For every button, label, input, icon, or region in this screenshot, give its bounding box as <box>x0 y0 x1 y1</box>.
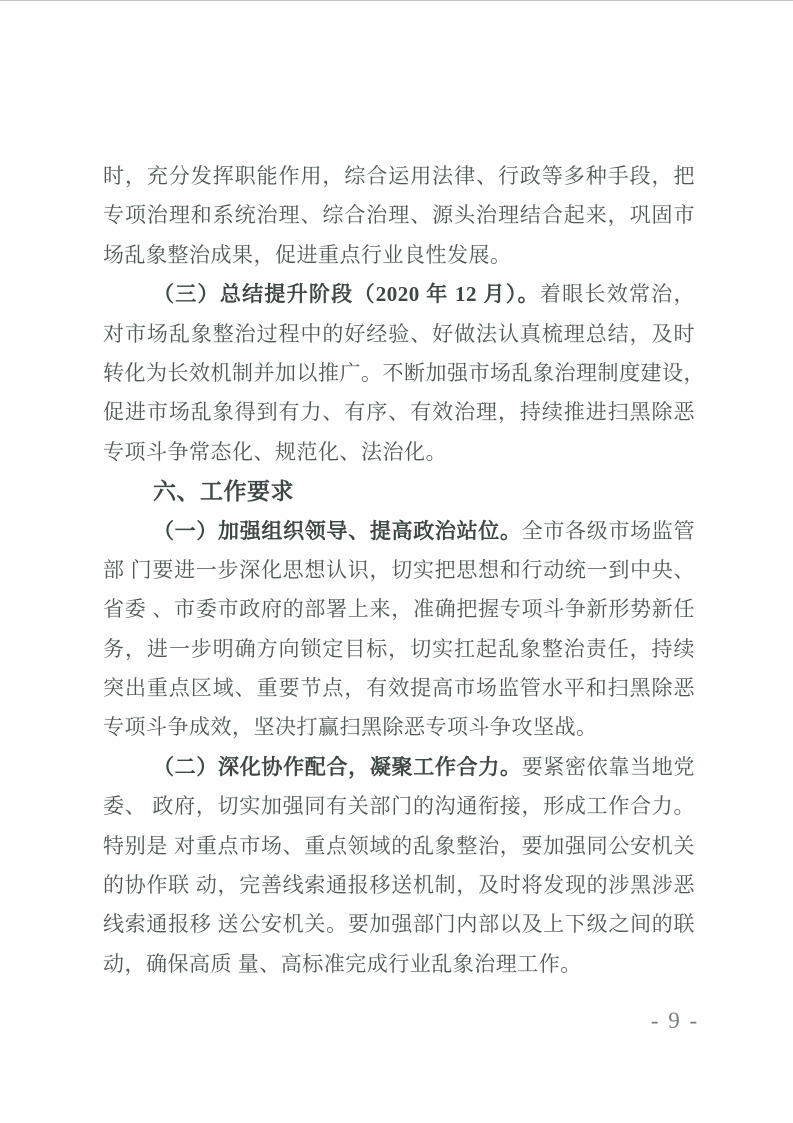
text-line: 专项治理和系统治理、综合治理、源头治理结合起来，巩固市 <box>103 196 695 235</box>
text-run: 专项斗争常态化、规范化、法治化。 <box>103 440 447 464</box>
page-number: - 9 - <box>640 1006 710 1036</box>
text-line: 务，进一步明确方向锁定目标，切实扛起乱象整治责任，持续 <box>103 630 695 669</box>
text-line: 专项斗争成效，坚决打赢扫黑除恶专项斗争攻坚战。 <box>103 708 695 747</box>
text-line: 场乱象整治成果，促进重点行业良性发展。 <box>103 236 695 275</box>
text-run: 省委 、市委市政府的部署上来，准确把握专项斗争新形势新任 <box>103 597 695 621</box>
text-line: 线索通报移 送公安机关。要加强部门内部以及上下级之间的联 <box>103 905 695 944</box>
paragraph: 时，充分发挥职能作用，综合运用法律、行政等多种手段，把专项治理和系统治理、综合治… <box>103 157 695 275</box>
text-run: 的协作联 动，完善线索通报移送机制，及时将发现的涉黑涉恶 <box>103 873 695 897</box>
text-run: 动，确保高质 量、高标准完成行业乱象治理工作。 <box>103 952 582 976</box>
text-line: 突出重点区域、重要节点，有效提高市场监管水平和扫黑除恶 <box>103 669 695 708</box>
page-top-edge-line <box>0 0 793 1</box>
section-heading: 六、工作要求 <box>103 472 695 511</box>
bold-text-run: 六、工作要求 <box>153 478 294 504</box>
paragraph: （一）加强组织领导、提高政治站位。全市各级市场监管部 门要进一步深化思想认识，切… <box>103 512 695 748</box>
text-run: 专项治理和系统治理、综合治理、源头治理结合起来，巩固市 <box>103 203 695 227</box>
text-line: 省委 、市委市政府的部署上来，准确把握专项斗争新形势新任 <box>103 590 695 629</box>
text-line: 时，充分发挥职能作用，综合运用法律、行政等多种手段，把 <box>103 157 695 196</box>
text-line: 转化为长效机制并加以推广。不断加强市场乱象治理制度建设， <box>103 354 695 393</box>
bold-text-run: （一）加强组织领导、提高政治站位。 <box>153 519 522 543</box>
text-line: 动，确保高质 量、高标准完成行业乱象治理工作。 <box>103 945 695 984</box>
text-line: （三）总结提升阶段（2020 年 12 月）。着眼长效常治， <box>103 275 695 314</box>
text-line: （一）加强组织领导、提高政治站位。全市各级市场监管 <box>103 512 695 551</box>
text-line: 委、 政府，切实加强同有关部门的沟通衔接，形成工作合力。 <box>103 787 695 826</box>
text-run: 专项斗争成效，坚决打赢扫黑除恶专项斗争攻坚战。 <box>103 715 598 739</box>
paragraph: （三）总结提升阶段（2020 年 12 月）。着眼长效常治，对市场乱象整治过程中… <box>103 275 695 472</box>
document-page: 时，充分发挥职能作用，综合运用法律、行政等多种手段，把专项治理和系统治理、综合治… <box>0 0 793 1123</box>
text-run: 促进市场乱象得到有力、有序、有效治理，持续推进扫黑除恶 <box>103 400 695 424</box>
text-run: 对市场乱象整治过程中的好经验、好做法认真梳理总结，及时 <box>103 322 695 346</box>
text-line: 的协作联 动，完善线索通报移送机制，及时将发现的涉黑涉恶 <box>103 866 695 905</box>
text-line: 六、工作要求 <box>103 472 695 511</box>
paragraph: （二）深化协作配合，凝聚工作合力。要紧密依靠当地党委、 政府，切实加强同有关部门… <box>103 748 695 984</box>
text-run: 委、 政府，切实加强同有关部门的沟通衔接，形成工作合力。 <box>103 794 695 818</box>
text-run: 场乱象整治成果，促进重点行业良性发展。 <box>103 243 512 267</box>
text-run: 着眼长效常治， <box>540 282 695 306</box>
text-run: 全市各级市场监管 <box>522 519 695 543</box>
text-line: （二）深化协作配合，凝聚工作合力。要紧密依靠当地党 <box>103 748 695 787</box>
bold-text-run: （三）总结提升阶段（2020 年 12 月）。 <box>153 282 540 306</box>
text-line: 专项斗争常态化、规范化、法治化。 <box>103 433 695 472</box>
text-run: 突出重点区域、重要节点，有效提高市场监管水平和扫黑除恶 <box>103 676 695 700</box>
text-line: 特别是 对重点市场、重点领域的乱象整治，要加强同公安机关 <box>103 827 695 866</box>
text-run: 务，进一步明确方向锁定目标，切实扛起乱象整治责任，持续 <box>103 637 695 661</box>
text-run: 转化为长效机制并加以推广。不断加强市场乱象治理制度建设， <box>103 361 695 385</box>
text-run: 特别是 对重点市场、重点领域的乱象整治，要加强同公安机关 <box>103 834 695 858</box>
document-body: 时，充分发挥职能作用，综合运用法律、行政等多种手段，把专项治理和系统治理、综合治… <box>103 157 695 984</box>
text-line: 促进市场乱象得到有力、有序、有效治理，持续推进扫黑除恶 <box>103 393 695 432</box>
text-run: 要紧密依靠当地党 <box>522 755 695 779</box>
text-line: 部 门要进一步深化思想认识，切实把思想和行动统一到中央、 <box>103 551 695 590</box>
text-run: 线索通报移 送公安机关。要加强部门内部以及上下级之间的联 <box>103 912 695 936</box>
bold-text-run: （二）深化协作配合，凝聚工作合力。 <box>153 755 522 779</box>
text-line: 对市场乱象整治过程中的好经验、好做法认真梳理总结，及时 <box>103 315 695 354</box>
text-run: 部 门要进一步深化思想认识，切实把思想和行动统一到中央、 <box>103 558 695 582</box>
text-run: 时，充分发挥职能作用，综合运用法律、行政等多种手段，把 <box>103 164 695 188</box>
